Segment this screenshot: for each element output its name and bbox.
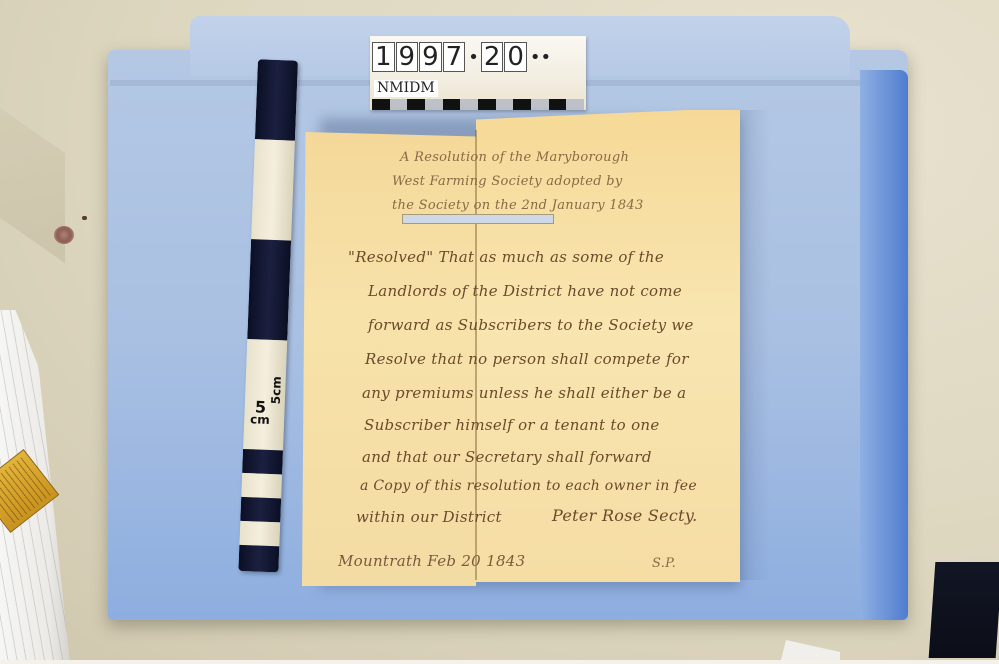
document-heading-line: the Society on the 2nd January 1843 [392, 198, 644, 213]
scale-rod-side-label: 5cm [269, 376, 284, 404]
document-heading-line: A Resolution of the Maryborough [400, 150, 629, 165]
document-body-line: any premiums unless he shall either be a [362, 384, 686, 402]
dark-object [929, 562, 999, 658]
photo-border [0, 660, 999, 664]
document-body-line: "Resolved" That as much as some of the [348, 248, 664, 266]
document-body-line: forward as Subscribers to the Society we [368, 316, 694, 334]
accession-separator: • [468, 47, 479, 68]
accession-digit: 0 [504, 42, 527, 72]
document-body-line: Subscriber himself or a tenant to one [364, 416, 660, 434]
accession-number: 1 9 9 7 • 2 0 •• [372, 42, 553, 72]
accession-digit: 1 [372, 42, 395, 72]
institution-label: NMIDM [374, 80, 438, 97]
accession-digit: 2 [481, 42, 504, 72]
document-signature: Peter Rose Secty. [552, 506, 698, 525]
scale-checker-bar [372, 99, 584, 110]
accession-digit: 9 [419, 42, 442, 72]
document-dateline: Mountrath Feb 20 1843 [338, 552, 525, 570]
accession-label-block: 1 9 9 7 • 2 0 •• NMIDM [370, 36, 586, 110]
document-body-line: Resolve that no person shall compete for [365, 350, 689, 368]
accession-digit: 9 [396, 42, 419, 72]
document-body-line: Landlords of the District have not come [368, 282, 682, 300]
scale-rod-label: 5 cm [250, 401, 271, 426]
accession-digit: 7 [443, 42, 466, 72]
document-initials: S.P. [652, 556, 676, 571]
document-body-line: a Copy of this resolution to each owner … [360, 478, 697, 494]
document-heading-line: West Farming Society adopted by [392, 174, 623, 189]
accession-trailing-dots: •• [530, 47, 551, 68]
document-body-line: within our District [356, 508, 502, 526]
stain-mark [54, 226, 74, 244]
blue-cloth-right-edge [860, 70, 908, 620]
document-body-line: and that our Secretary shall forward [362, 448, 652, 466]
document-slit [402, 214, 554, 224]
speck-mark [82, 216, 87, 220]
